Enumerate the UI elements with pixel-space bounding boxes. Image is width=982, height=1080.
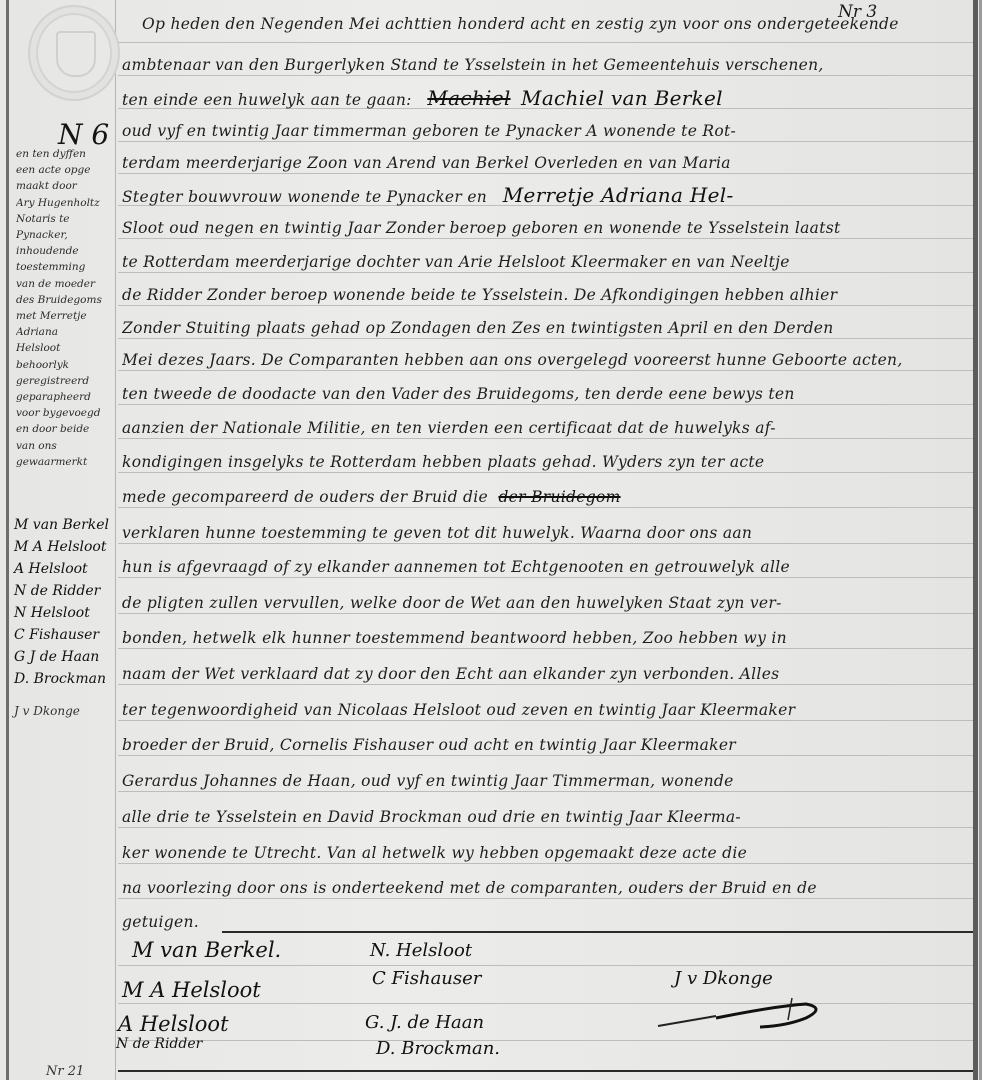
signature-witness: D. Brockman. [376,1038,500,1059]
body-line: de Ridder Zonder beroep wonende beide te… [122,285,970,305]
margin-note-line: des Bruidegoms [16,292,114,308]
margin-note-line: een acte opge [16,162,114,178]
binding-edge [6,0,9,1080]
body-line: ten tweede de doodacte van den Vader des… [122,384,970,404]
margin-bottom-note: Nr 21 [46,1064,84,1079]
margin-signature: A Helsloot [14,558,118,580]
margin-note-line: toestemming [16,259,114,275]
body-line: broeder der Bruid, Cornelis Fishauser ou… [122,735,970,755]
signature-witness: N de Ridder [116,1036,202,1052]
ruled-line [118,75,973,76]
body-line: de pligten zullen vervullen, welke door … [122,593,970,613]
ruled-line [118,613,973,614]
body-line: ambtenaar van den Burgerlyken Stand te Y… [122,55,970,75]
body-line: aanzien der Nationale Militie, en ten vi… [122,418,970,438]
ruled-line [118,648,973,649]
body-line: terdam meerderjarige Zoon van Arend van … [122,153,970,173]
bride-name: Merretje Adriana Hel- [503,185,734,207]
signature-witness: M A Helsloot [122,978,261,1002]
page-edge-right [973,0,978,1080]
embossed-seal-icon [28,5,120,101]
document-page: Nr 3 Op heden den Negenden Mei achttien … [0,0,982,1080]
section-rule [222,931,973,933]
ruled-line [118,305,973,306]
struck-word: Machiel [427,88,510,110]
margin-signature: M van Berkel [14,514,118,536]
signature-groom: M van Berkel. [132,938,281,962]
margin-signature: D. Brockman [14,668,118,690]
margin-note-line: voor bygevoegd [16,405,114,421]
margin-note-line: Pynacker, [16,227,114,243]
ruled-line [118,577,973,578]
margin-signature: N Helsloot [14,602,118,624]
ruled-line [118,404,973,405]
ruled-line [118,438,973,439]
ruled-line [118,1040,973,1041]
body-line: ten einde een huwelyk aan te gaan: Machi… [122,88,970,110]
groom-name: Machiel van Berkel [521,88,723,110]
body-text: Stegter bouwvrouw wonende te Pynacker en [122,188,487,206]
body-line: Mei dezes Jaars. De Comparanten hebben a… [122,350,970,370]
margin-signature: M A Helsloot [14,536,118,558]
margin-note-line: maakt door [16,178,114,194]
margin-note-line: gewaarmerkt [16,454,114,470]
ruled-line [118,238,973,239]
ruled-line [118,1003,973,1004]
signature-witness: G. J. de Haan [365,1012,484,1033]
body-line: hun is afgevraagd of zy elkander aanneme… [122,557,970,577]
signature-official: J v Dkonge [674,968,773,989]
body-line: mede gecompareerd de ouders der Bruid di… [122,487,970,507]
margin-signatures: M van Berkel M A Helsloot A Helsloot N d… [14,514,118,722]
ruled-line [118,472,973,473]
margin-note-line: behoorlyk [16,357,114,373]
ruled-line [118,370,973,371]
margin-note-line: Adriana [16,324,114,340]
ruled-line [118,863,973,864]
margin-note-line: geregistreerd [16,373,114,389]
margin-signature: G J de Haan [14,646,118,668]
margin-signature: N de Ridder [14,580,118,602]
body-line: kondigingen insgelyks te Rotterdam hebbe… [122,452,970,472]
body-line: Sloot oud negen en twintig Jaar Zonder b… [122,218,970,238]
signature-witness: C Fishauser [372,968,481,989]
ruled-line [118,684,973,685]
ruled-line [118,42,973,43]
margin-note-line: Helsloot [16,340,114,356]
body-line: ker wonende te Utrecht. Van al hetwelk w… [122,843,970,863]
margin-official-signature: J v Dkonge [14,700,118,722]
ruled-line [118,755,973,756]
seal-shield-icon [56,31,96,77]
body-line: Stegter bouwvrouw wonende te Pynacker en… [122,185,970,207]
body-line: Zonder Stuiting plaats gehad op Zondagen… [122,318,970,338]
body-line: bonden, hetwelk elk hunner toestemmend b… [122,628,970,648]
body-line: na voorlezing door ons is onderteekend m… [122,878,970,898]
margin-note-line: en ten dyffen [16,146,114,162]
margin-note-line: inhoudende [16,243,114,259]
ruled-line [118,272,973,273]
body-line: ter tegenwoordigheid van Nicolaas Helslo… [122,700,970,720]
margin-note-line: en door beide [16,421,114,437]
body-text: ten einde een huwelyk aan te gaan: [122,91,412,109]
ruled-line [118,141,973,142]
ruled-line [118,338,973,339]
section-rule-bottom [118,1070,973,1072]
ruled-line [118,965,973,966]
struck-text: der Bruidegom [498,488,620,506]
signature-witness: N. Helsloot [370,940,472,961]
ruled-line [118,507,973,508]
margin-note-line: Notaris te [16,211,114,227]
body-line: te Rotterdam meerderjarige dochter van A… [122,252,970,272]
body-line: Op heden den Negenden Mei achttien honde… [122,14,982,34]
margin-note: en ten dyffen een acte opge maakt door A… [16,146,114,470]
margin-note-line: van ons [16,438,114,454]
ruled-line [118,827,973,828]
margin-note-line: geparapheerd [16,389,114,405]
body-line: naam der Wet verklaard dat zy door den E… [122,664,970,684]
margin-note-line: Ary Hugenholtz [16,195,114,211]
body-line: verklaren hunne toestemming te geven tot… [122,523,970,543]
margin-note-line: van de moeder [16,276,114,292]
ruled-line [118,173,973,174]
body-line: getuigen. [122,912,222,932]
body-line: oud vyf en twintig Jaar timmerman gebore… [122,121,970,141]
margin-note-line: met Merretje [16,308,114,324]
ruled-line [118,898,973,899]
body-text: mede gecompareerd de ouders der Bruid di… [122,488,488,506]
ruled-line [118,720,973,721]
ruled-line [118,543,973,544]
body-line: Gerardus Johannes de Haan, oud vyf en tw… [122,771,970,791]
signature-flourish-icon [656,990,826,1030]
margin-signature: C Fishauser [14,624,118,646]
signature-witness: A Helsloot [118,1012,229,1036]
ruled-line [118,791,973,792]
body-line: alle drie te Ysselstein en David Brockma… [122,807,970,827]
